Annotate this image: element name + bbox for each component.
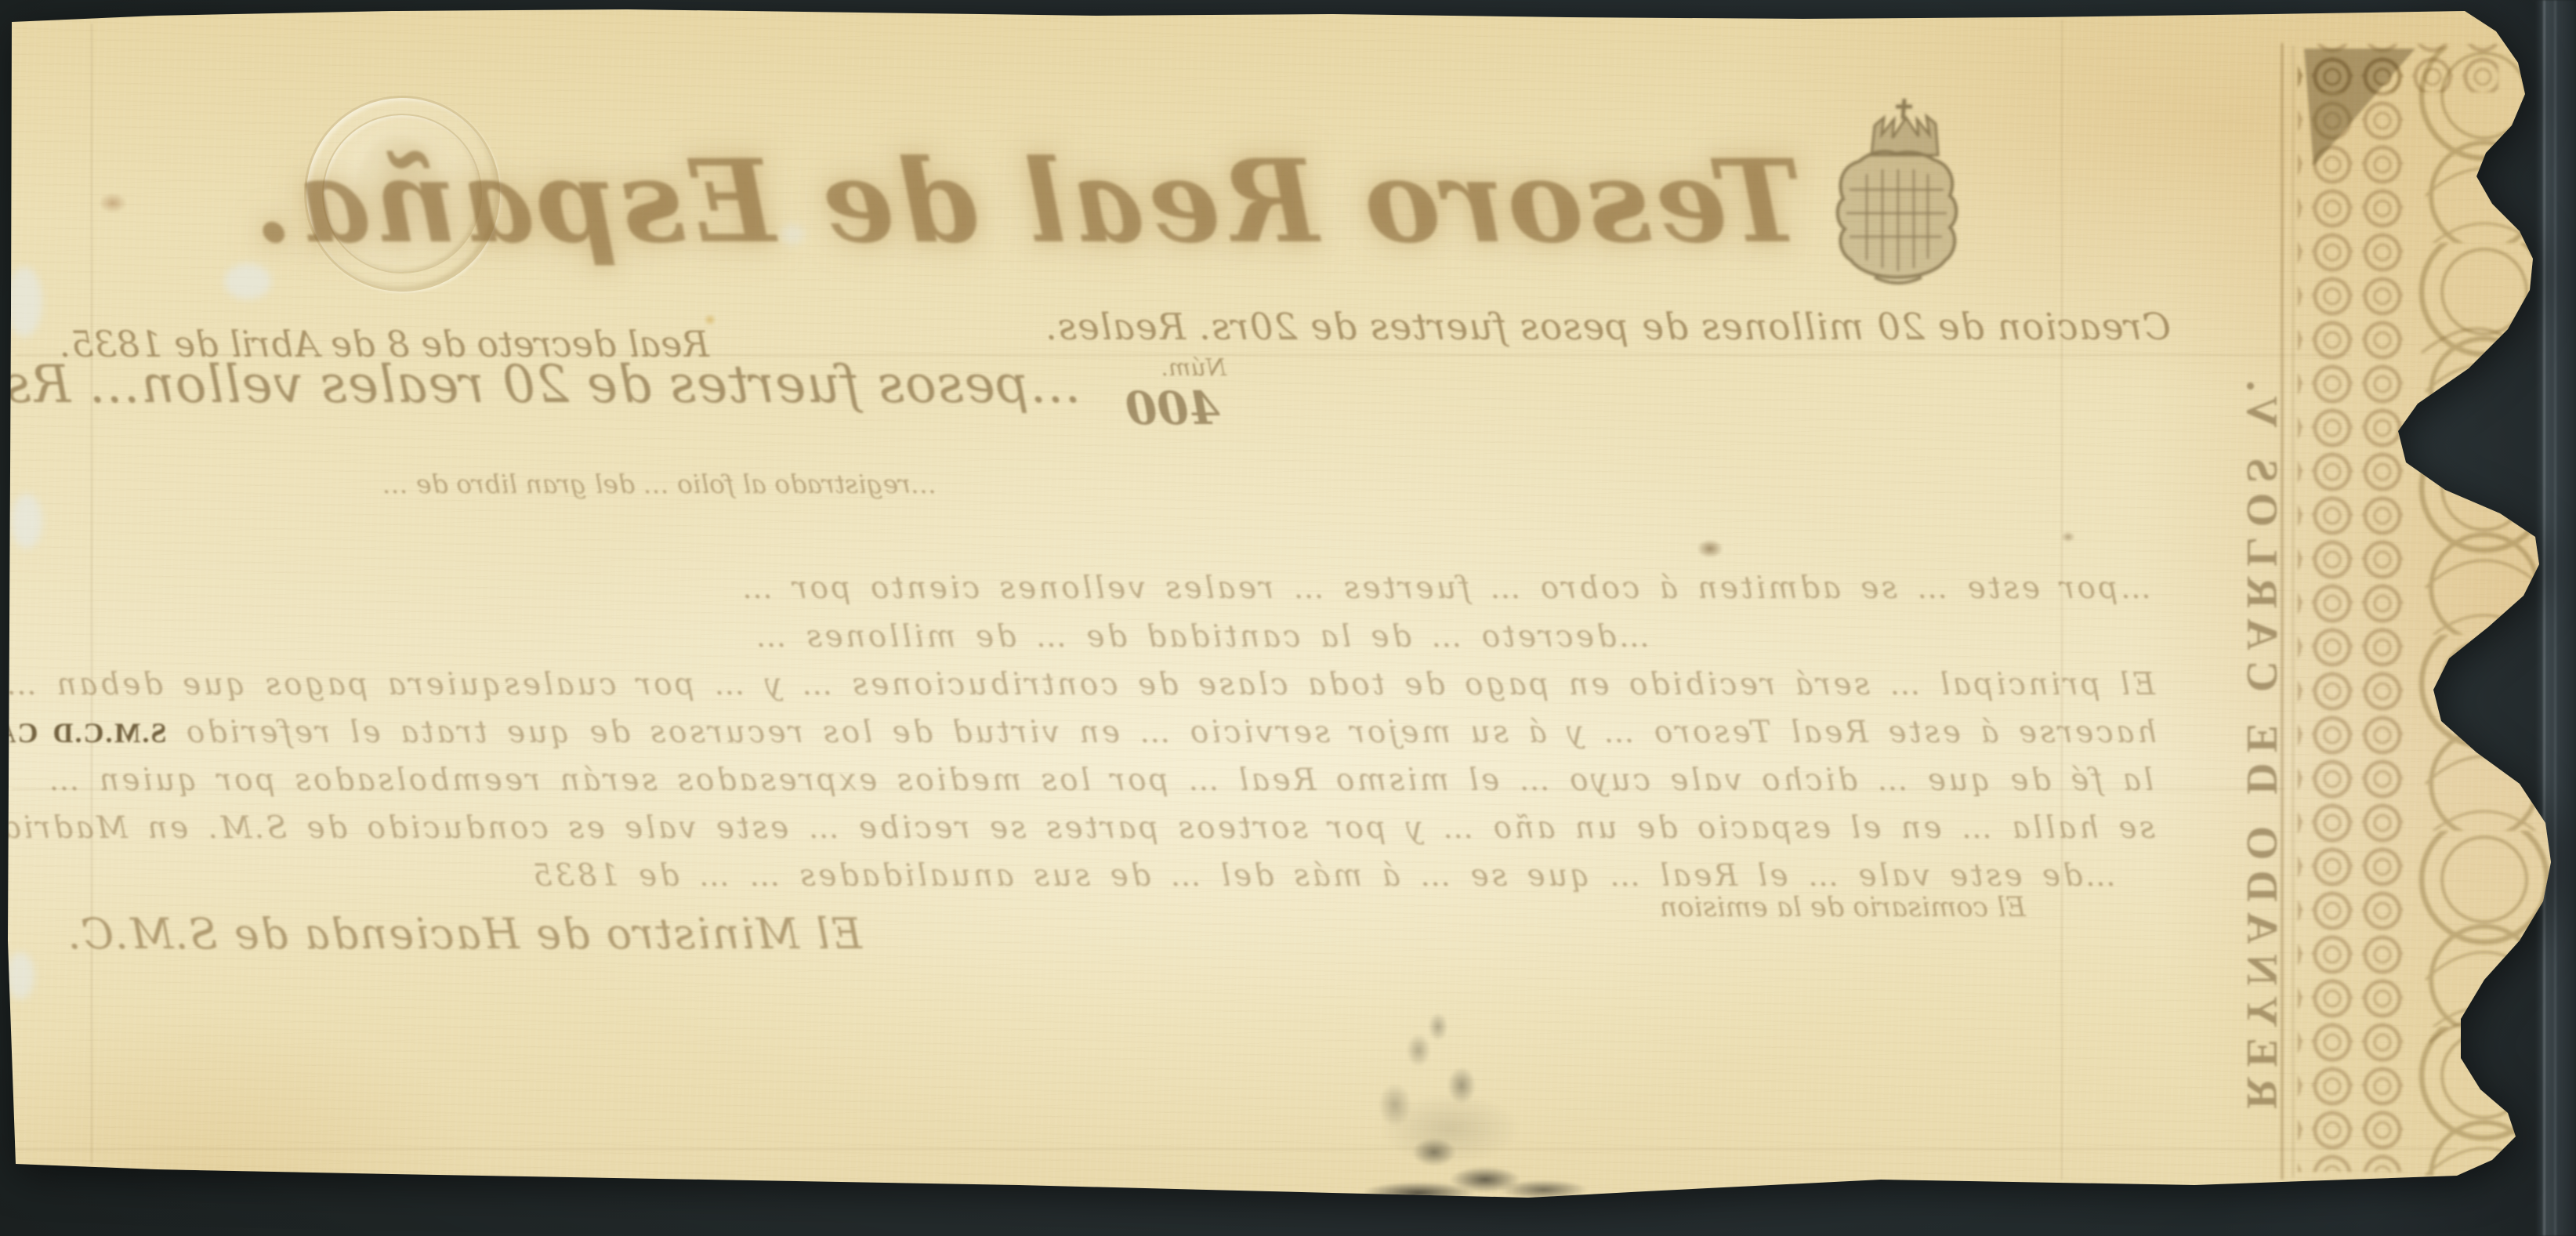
crease-line — [12, 788, 2284, 790]
body-line-4-pre: hacerse á este Real Tesoro … y á su mejo… — [167, 715, 2157, 750]
pale-patch — [781, 224, 804, 245]
photograph-of-historical-note: Tesoro Real de España. Creacion de 20 mi… — [0, 0, 2576, 1236]
body-line-3: El principal … será recibido en pago de … — [4, 667, 2155, 702]
aged-paper-note: Tesoro Real de España. Creacion de 20 mi… — [0, 0, 2576, 1236]
royal-name-bold: S.M.C.D CARLOS V.º — [0, 717, 167, 748]
fox-spot-stain — [1697, 539, 1723, 558]
crease-line — [91, 24, 92, 1164]
fox-spot-stain — [2061, 531, 2075, 542]
body-line-6: se halla … en el espacio de un año … y p… — [0, 810, 2155, 846]
paper-wrap: Tesoro Real de España. Creacion de 20 mi… — [0, 0, 2576, 1236]
body-line-2: …decreto … de la cantidad de … de millon… — [753, 619, 1650, 654]
folio-register-line: …registrado al folio … del gran libro de… — [466, 469, 937, 499]
body-line-4: hacerse á este Real Tesoro … y á su mejo… — [0, 715, 2157, 750]
signature-right-label: El Ministro de Hacienda de S.M.C. — [141, 909, 862, 959]
fox-spot-stain — [99, 193, 127, 213]
ink-smudge-stain — [1277, 1003, 1669, 1199]
denomination-line: …pesos fuertes de 20 reales vellon… Rs… — [313, 354, 1081, 415]
body-line-1: …por este … se admiten á cobro … fuertes… — [740, 571, 2151, 606]
crease-line — [16, 354, 2351, 356]
crease-line — [12, 1148, 2457, 1150]
crease-line — [2061, 20, 2063, 1180]
body-line-5: la fé de que … dicho vale cuyo … el mism… — [46, 763, 2154, 798]
signature-left-label: El comisario de la emision — [1712, 892, 2026, 923]
serial-number-label: Núm. — [1161, 354, 1226, 382]
creation-subtitle: Creacion de 20 millones de pesos fuertes… — [1207, 306, 2171, 349]
note-title: Tesoro Real de España. — [329, 135, 1802, 269]
pale-patch — [6, 266, 42, 337]
fox-spot-stain — [704, 314, 716, 326]
pale-patch — [11, 494, 42, 549]
body-line-7: …de este vale … el Real … que se … á más… — [530, 858, 2116, 893]
pale-patch — [6, 952, 34, 999]
pale-patch — [224, 263, 271, 299]
side-strip-text: REYNADO DE CARLOS V. — [2212, 145, 2287, 1109]
serial-number-value: 400 — [1125, 382, 1220, 435]
serial-number-group: Núm. 400 — [1070, 354, 1226, 435]
